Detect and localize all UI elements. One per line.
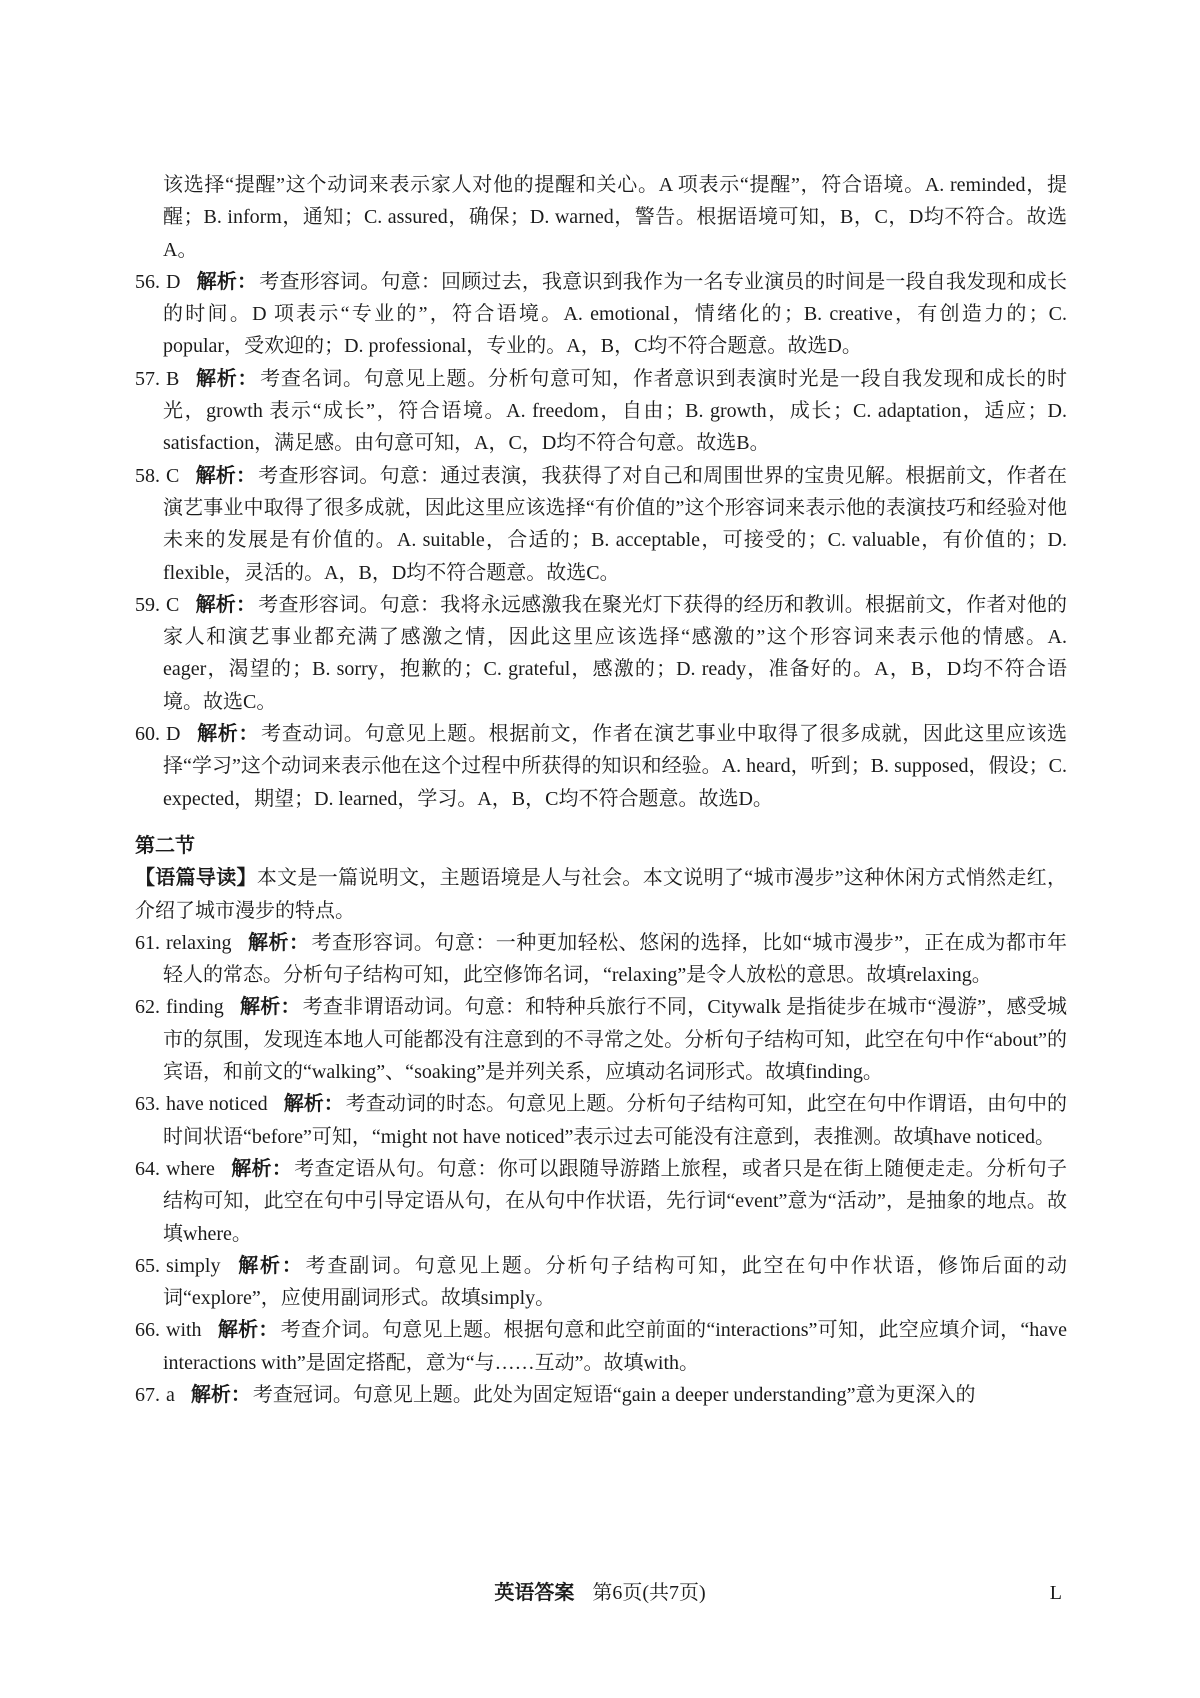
analysis-label: 解析： xyxy=(195,465,256,487)
answer-value: with xyxy=(166,1319,202,1341)
analysis-label: 解析： xyxy=(196,271,257,293)
answer-item-60: 60.D解析：考查动词。句意见上题。根据前文，作者在演艺事业中取得了很多成就，因… xyxy=(135,718,1067,815)
analysis-label: 解析： xyxy=(248,932,310,954)
guide-text: 本文是一篇说明文，主题语境是人与社会。本文说明了“城市漫步”这种休闲方式悄然走红… xyxy=(135,867,1067,921)
answer-item-67: 67.a解析：考查冠词。句意见上题。此处为固定短语“gain a deeper … xyxy=(135,1379,1067,1411)
answer-item-62: 62.finding解析：考查非谓语动词。句意：和特种兵旅行不同，Citywal… xyxy=(135,991,1067,1088)
analysis-text: 考查冠词。句意见上题。此处为固定短语“gain a deeper underst… xyxy=(253,1384,976,1406)
passage-guide-paragraph: 【语篇导读】本文是一篇说明文，主题语境是人与社会。本文说明了“城市漫步”这种休闲… xyxy=(135,862,1067,927)
question-number: 64. xyxy=(135,1158,160,1180)
answer-value: a xyxy=(166,1384,175,1406)
question-number: 57. xyxy=(135,368,160,390)
analysis-text: 考查动词。句意见上题。根据前文，作者在演艺事业中取得了很多成就，因此这里应该选择… xyxy=(163,723,1067,810)
answer-item-57: 57.B解析：考查名词。句意见上题。分析句意可知，作者意识到表演时光是一段自我发… xyxy=(135,363,1067,460)
analysis-label: 解析： xyxy=(236,1255,303,1277)
footer-doc-title: 英语答案 xyxy=(494,1582,574,1604)
analysis-text: 考查定语从句。句意：你可以跟随导游踏上旅程，或者只是在街上随便走走。分析句子结构… xyxy=(163,1158,1067,1245)
continuation-paragraph: 该选择“提醒”这个动词来表示家人对他的提醒和关心。A 项表示“提醒”，符合语境。… xyxy=(163,169,1067,266)
analysis-label: 解析： xyxy=(231,1158,292,1180)
analysis-label: 解析： xyxy=(195,594,256,616)
question-number: 61. xyxy=(135,932,160,954)
answer-value: finding xyxy=(166,996,224,1018)
answer-item-65: 65.simply解析：考查副词。句意见上题。分析句子结构可知，此空在句中作状语… xyxy=(135,1250,1067,1315)
question-number: 60. xyxy=(135,723,160,745)
analysis-label: 解析： xyxy=(240,996,301,1018)
analysis-text: 考查介词。句意见上题。根据句意和此空前面的“interactions”可知，此空… xyxy=(163,1319,1067,1373)
answer-value: where xyxy=(166,1158,215,1180)
analysis-label: 解析： xyxy=(284,1093,344,1115)
answer-value: C xyxy=(166,465,179,487)
answer-value: B xyxy=(166,368,179,390)
footer-page-number: 第6页(共7页) xyxy=(592,1582,705,1604)
guide-label: 【语篇导读】 xyxy=(135,867,257,889)
analysis-text: 考查形容词。句意：通过表演，我获得了对自己和周围世界的宝贵见解。根据前文，作者在… xyxy=(163,465,1067,584)
answer-item-64: 64.where解析：考查定语从句。句意：你可以跟随导游踏上旅程，或者只是在街上… xyxy=(135,1153,1067,1250)
question-number: 65. xyxy=(135,1255,160,1277)
answer-item-56: 56.D解析：考查形容词。句意：回顾过去，我意识到我作为一名专业演员的时间是一段… xyxy=(135,266,1067,363)
section-heading: 第二节 xyxy=(135,830,1067,862)
analysis-label: 解析： xyxy=(195,368,258,390)
analysis-label: 解析： xyxy=(218,1319,279,1341)
analysis-label: 解析： xyxy=(191,1384,251,1406)
question-number: 67. xyxy=(135,1384,160,1406)
question-number: 59. xyxy=(135,594,160,616)
question-number: 58. xyxy=(135,465,160,487)
page-footer: 英语答案第6页(共7页) L xyxy=(0,1577,1200,1610)
answer-content: 该选择“提醒”这个动词来表示家人对他的提醒和关心。A 项表示“提醒”，符合语境。… xyxy=(135,169,1067,1411)
answer-value: D xyxy=(166,723,180,745)
answer-item-58: 58.C解析：考查形容词。句意：通过表演，我获得了对自己和周围世界的宝贵见解。根… xyxy=(135,460,1067,589)
analysis-text: 考查名词。句意见上题。分析句意可知，作者意识到表演时光是一段自我发现和成长的时光… xyxy=(163,368,1067,455)
answer-value: D xyxy=(166,271,180,293)
footer-corner-mark: L xyxy=(1050,1577,1062,1610)
question-number: 66. xyxy=(135,1319,160,1341)
continuation-text: 该选择“提醒”这个动词来表示家人对他的提醒和关心。A 项表示“提醒”，符合语境。… xyxy=(163,174,1067,261)
question-number: 62. xyxy=(135,996,160,1018)
analysis-text: 考查形容词。句意：回顾过去，我意识到我作为一名专业演员的时间是一段自我发现和成长… xyxy=(163,271,1067,358)
answer-value: C xyxy=(166,594,179,616)
answer-item-59: 59.C解析：考查形容词。句意：我将永远感激我在聚光灯下获得的经历和教训。根据前… xyxy=(135,589,1067,718)
question-number: 56. xyxy=(135,271,160,293)
analysis-label: 解析： xyxy=(196,723,259,745)
answer-item-66: 66.with解析：考查介词。句意见上题。根据句意和此空前面的“interact… xyxy=(135,1314,1067,1379)
question-number: 63. xyxy=(135,1093,160,1115)
answer-value: relaxing xyxy=(166,932,232,954)
answer-item-63: 63.have noticed解析：考查动词的时态。句意见上题。分析句子结构可知… xyxy=(135,1088,1067,1153)
answer-value: simply xyxy=(166,1255,220,1277)
answer-item-61: 61.relaxing解析：考查形容词。句意：一种更加轻松、悠闲的选择，比如“城… xyxy=(135,927,1067,992)
answer-sheet-page: 该选择“提醒”这个动词来表示家人对他的提醒和关心。A 项表示“提醒”，符合语境。… xyxy=(0,0,1200,1698)
analysis-text: 考查形容词。句意：我将永远感激我在聚光灯下获得的经历和教训。根据前文，作者对他的… xyxy=(163,594,1067,713)
answer-value: have noticed xyxy=(166,1093,268,1115)
